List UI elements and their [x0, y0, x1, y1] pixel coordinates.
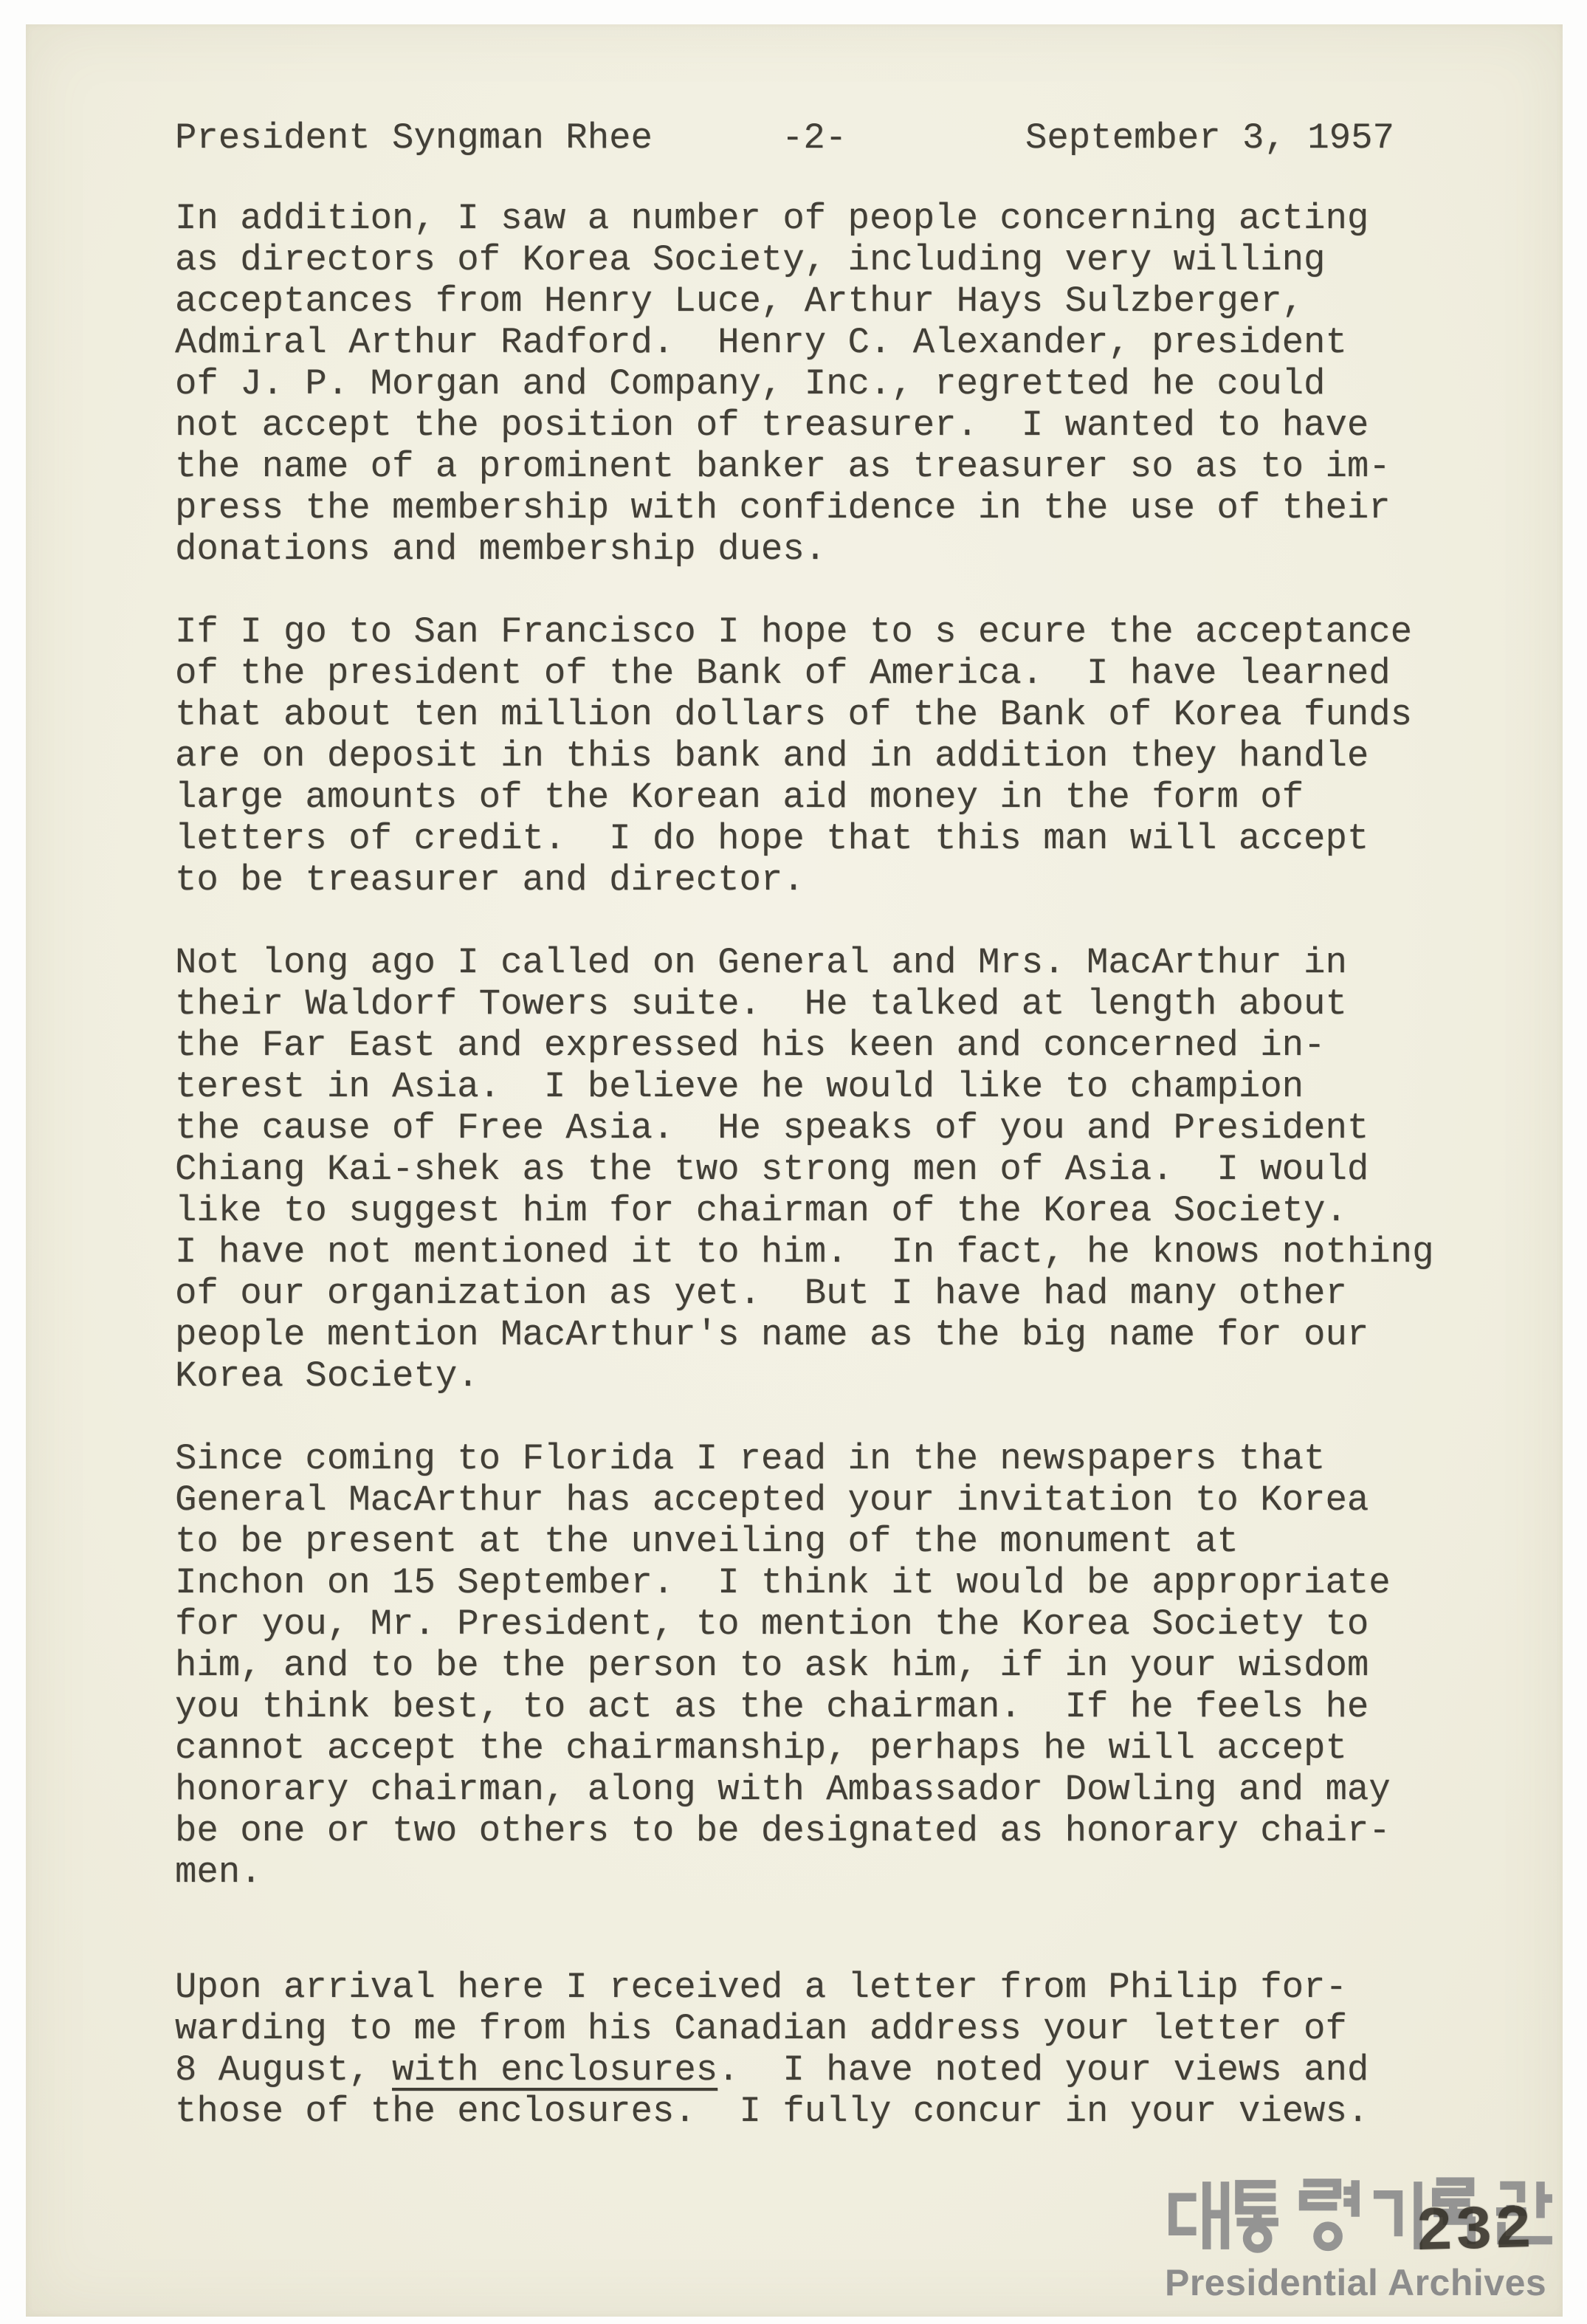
- paragraph-4: Since coming to Florida I read in the ne…: [175, 1438, 1474, 1893]
- closing-underlined-phrase: with enclosures: [392, 2049, 717, 2091]
- page-number-stamp: 232: [1415, 2200, 1535, 2265]
- header-addressee: President Syngman Rhee: [175, 117, 653, 159]
- letter-header: President Syngman Rhee -2- September 3, …: [0, 117, 1587, 159]
- scanned-letter-page: President Syngman Rhee -2- September 3, …: [0, 0, 1587, 2324]
- paragraph-closing: Upon arrival here I received a letter fr…: [175, 1967, 1474, 2132]
- header-date: September 3, 1957: [1025, 117, 1394, 159]
- paragraph-3: Not long ago I called on General and Mrs…: [175, 942, 1474, 1397]
- header-page-number: -2-: [782, 117, 847, 159]
- paragraph-2: If I go to San Francisco I hope to s ecu…: [175, 611, 1474, 901]
- presidential-archives-label: Presidential Archives: [1165, 2263, 1559, 2302]
- paragraph-1: In addition, I saw a number of people co…: [175, 198, 1474, 570]
- letter-body: In addition, I saw a number of people co…: [175, 198, 1474, 2132]
